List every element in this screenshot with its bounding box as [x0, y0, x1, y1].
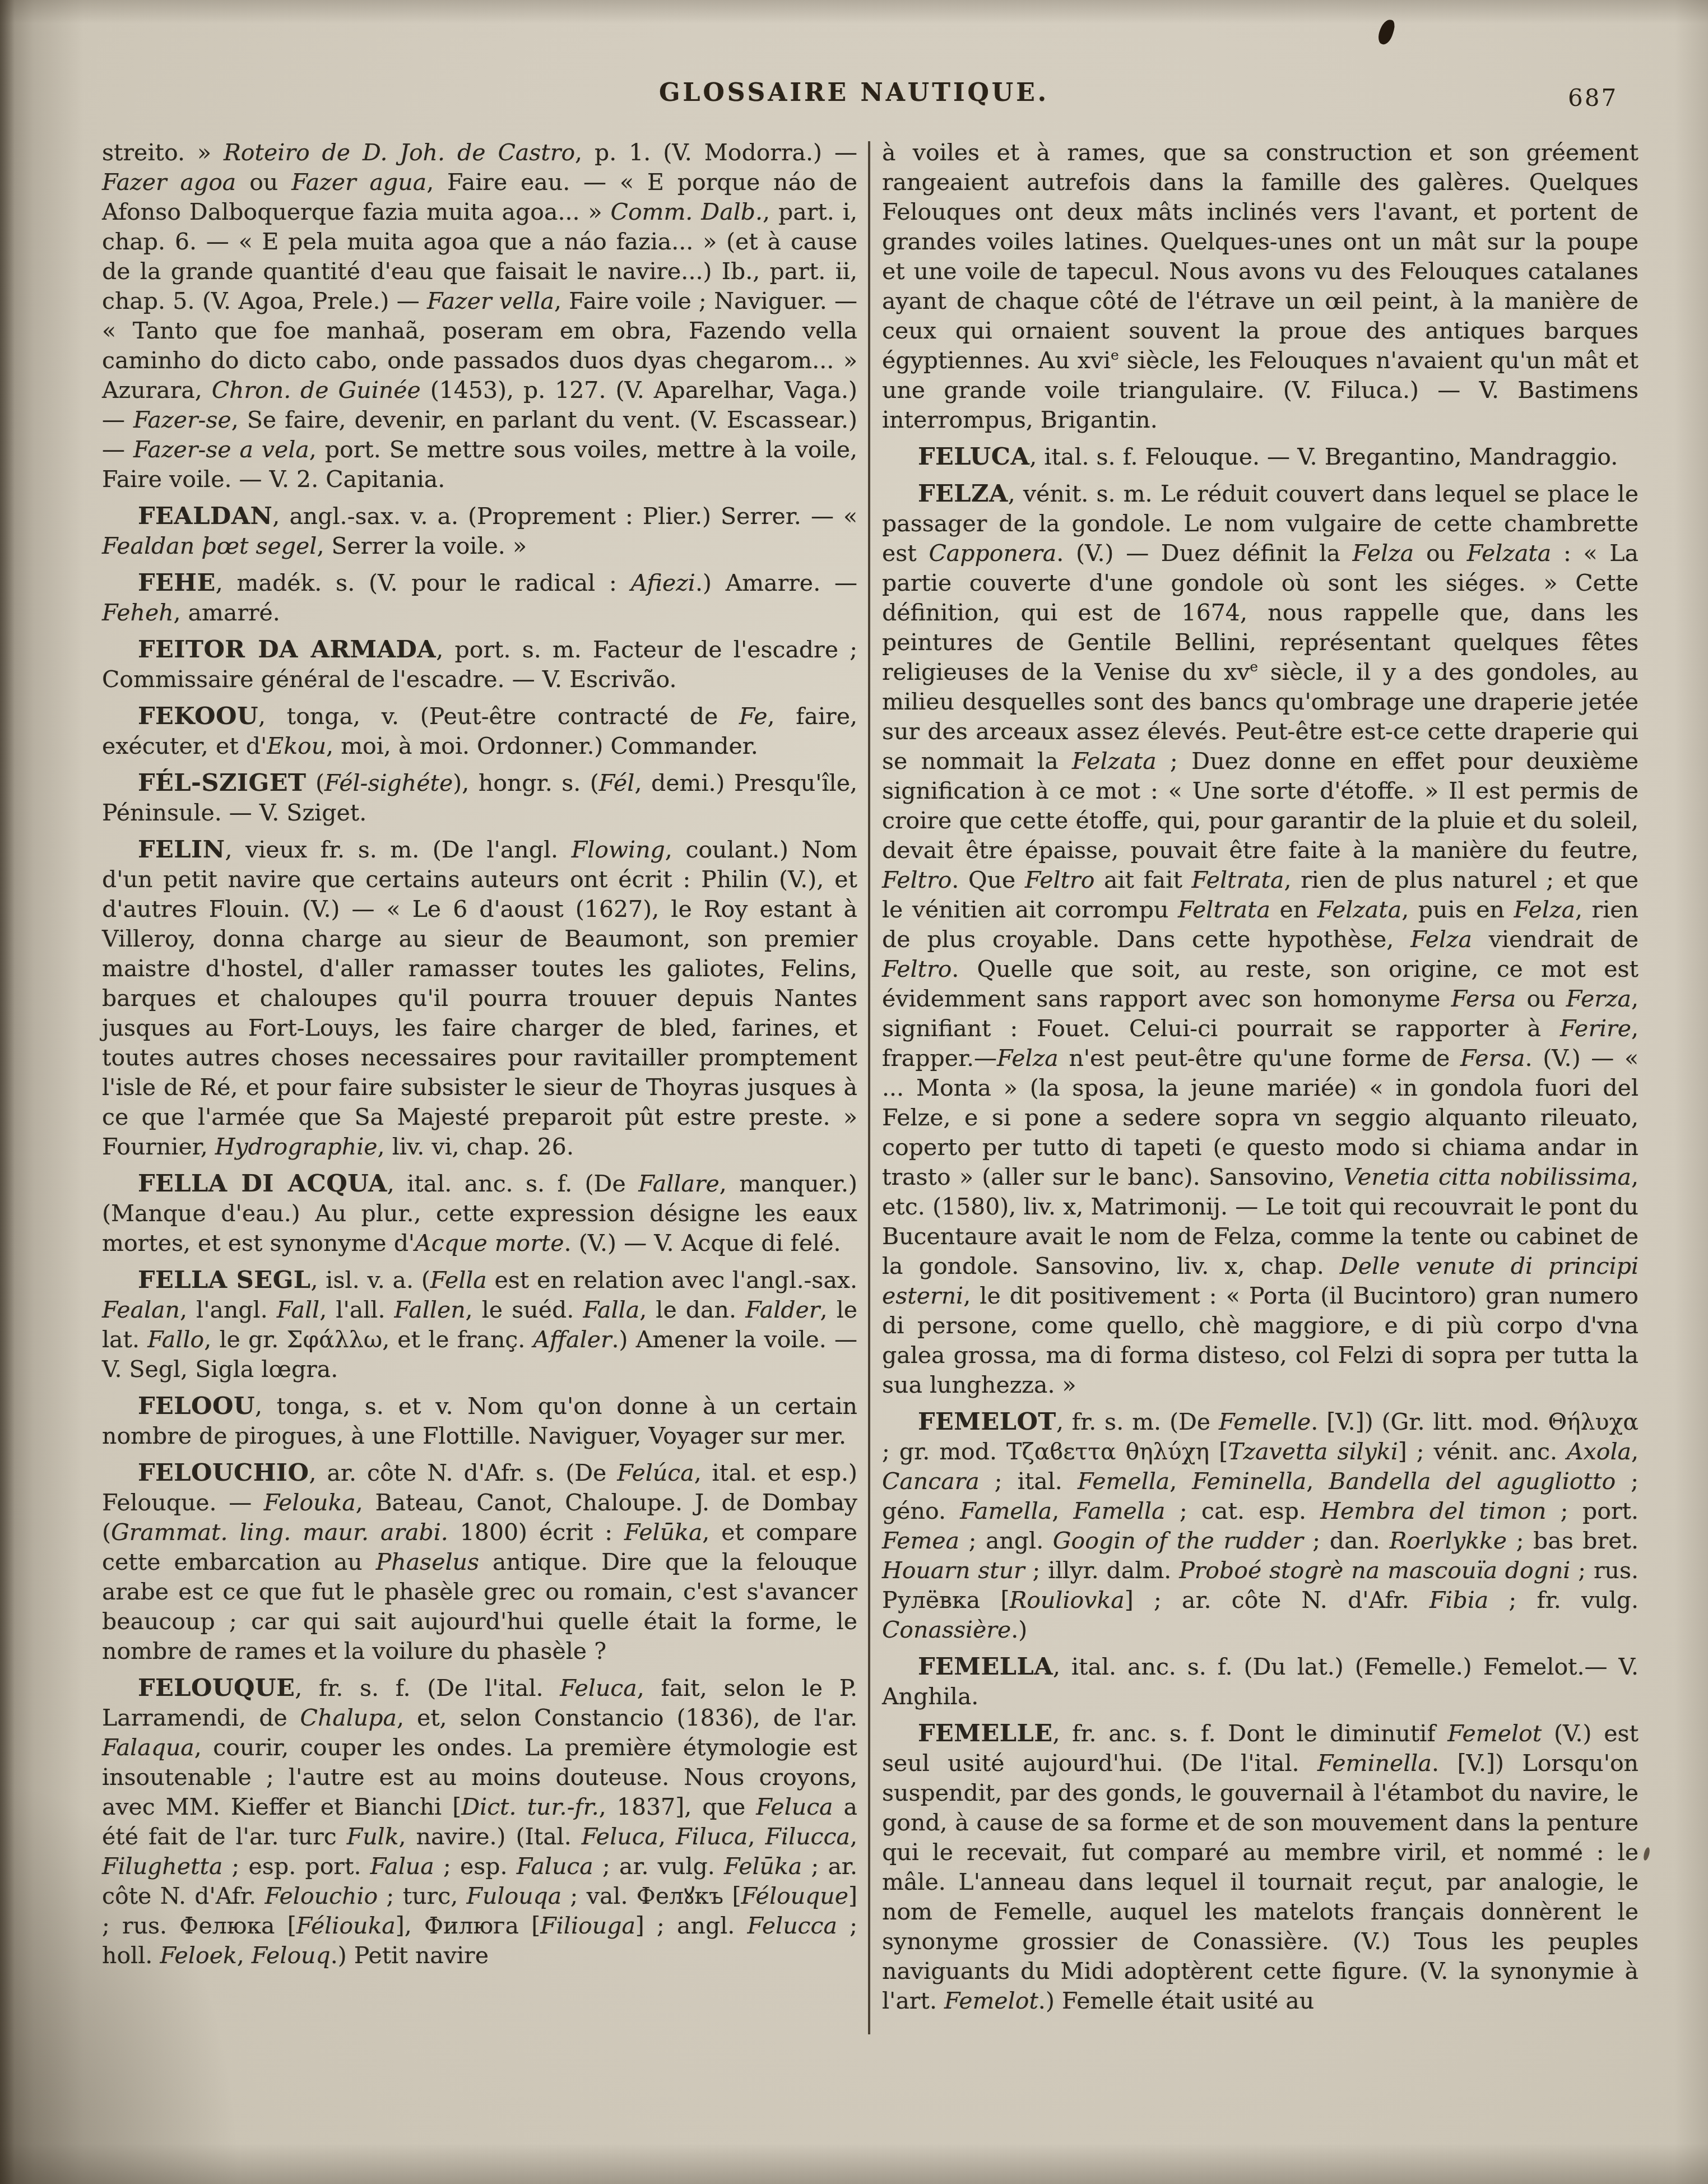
entry-paragraph: FEALDAN, angl.-sax. v. a. (Proprement : … [102, 502, 857, 561]
entry-headword: FEITOR DA ARMADA [138, 636, 436, 664]
entry-headword: FEMELOT [918, 1408, 1056, 1436]
entry-headword: FELOOU [138, 1392, 255, 1420]
entry-paragraph: FELOUQUE, fr. s. f. (De l'ital. Feluca, … [102, 1673, 857, 1970]
scan-shadow-bottom [0, 2144, 1708, 2184]
column-right: à voiles et à rames, que sa construction… [882, 138, 1639, 2023]
entry-paragraph: FELOUCHIO, ar. côte N. d'Afr. s. (De Fel… [102, 1458, 857, 1666]
entry-headword: FEKOOU [138, 702, 258, 730]
entry-headword: FELLA DI ACQUA [138, 1170, 387, 1198]
entry-headword: FÉL-SZIGET [138, 769, 306, 797]
entry-paragraph: FELOOU, tonga, s. et v. Nom qu'on donne … [102, 1392, 857, 1451]
page-number: 687 [1568, 84, 1618, 112]
continuation-paragraph: streito. » Roteiro de D. Joh. de Castro,… [102, 138, 857, 494]
scanned-book-page: GLOSSAIRE NAUTIQUE. 687 streito. » Rotei… [0, 0, 1708, 2184]
entry-headword: FELUCA [918, 443, 1029, 471]
entry-paragraph: FEITOR DA ARMADA, port. s. m. Facteur de… [102, 635, 857, 694]
entry-paragraph: FEMELLE, fr. anc. s. f. Dont le diminuti… [882, 1719, 1639, 2016]
entry-paragraph: FEHE, madék. s. (V. pour le radical : Af… [102, 568, 857, 628]
entry-headword: FELOUCHIO [138, 1459, 309, 1487]
entry-paragraph: FEKOOU, tonga, v. (Peut-être contracté d… [102, 702, 857, 761]
entry-headword: FEALDAN [138, 502, 272, 530]
column-left: streito. » Roteiro de D. Joh. de Castro,… [102, 138, 857, 1978]
scan-shadow-right [1674, 0, 1708, 2184]
scan-shadow-left [0, 0, 84, 2184]
entry-paragraph: FEMELLA, ital. anc. s. f. (Du lat.) (Fem… [882, 1652, 1639, 1712]
entry-paragraph: FELLA SEGL, isl. v. a. (Fella est en rel… [102, 1265, 857, 1384]
continuation-paragraph: à voiles et à rames, que sa construction… [882, 138, 1639, 435]
column-divider [868, 141, 870, 2034]
entry-headword: FEMELLE [918, 1719, 1052, 1747]
scan-shadow-top [0, 0, 1708, 24]
entry-paragraph: FELZA, vénit. s. m. Le réduit couvert da… [882, 479, 1639, 1400]
entry-headword: FELIN [138, 836, 225, 864]
entry-headword: FELOUQUE [138, 1674, 295, 1702]
entry-headword: FEMELLA [918, 1653, 1053, 1681]
scan-shadow-left-edge [0, 0, 15, 2184]
entry-paragraph: FÉL-SZIGET (Fél-sighéte), hongr. s. (Fél… [102, 768, 857, 828]
entry-headword: FELLA SEGL [138, 1266, 311, 1294]
entry-paragraph: FELIN, vieux fr. s. m. (De l'angl. Flowi… [102, 835, 857, 1162]
page-title: GLOSSAIRE NAUTIQUE. [0, 78, 1708, 107]
ink-speck [1642, 1847, 1651, 1861]
entry-paragraph: FEMELOT, fr. s. m. (De Femelle. [V.]) (G… [882, 1407, 1639, 1645]
entry-paragraph: FELUCA, ital. s. f. Felouque. — V. Brega… [882, 442, 1639, 472]
entry-paragraph: FELLA DI ACQUA, ital. anc. s. f. (De Fal… [102, 1169, 857, 1258]
entry-headword: FEHE [138, 569, 216, 597]
entry-headword: FELZA [918, 480, 1008, 508]
ink-blot [1376, 18, 1396, 47]
